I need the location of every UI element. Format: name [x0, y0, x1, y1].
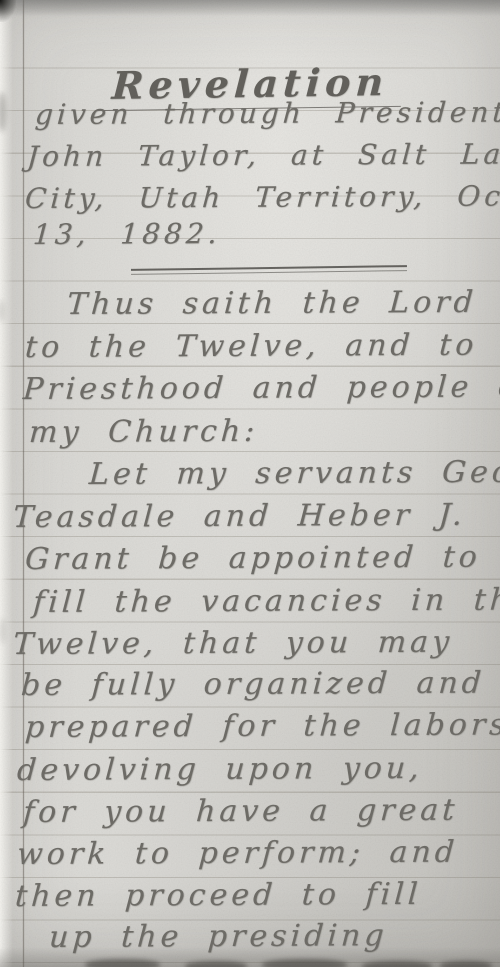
- dateline-line: 13, 1882.: [32, 217, 222, 251]
- dateline-line: given through President: [34, 96, 500, 131]
- cutoff-text-smudge: [362, 961, 432, 967]
- body-line: Twelve, that you may: [12, 625, 454, 662]
- body-line: work to perform; and: [16, 835, 459, 872]
- dateline-line: John Taylor, at Salt Lake: [26, 137, 500, 173]
- body-line: Priesthood and people of: [22, 369, 500, 407]
- scan-smudge: [0, 618, 5, 644]
- cutoff-text-smudge: [85, 959, 160, 967]
- body-line: Teasdale and Heber J.: [12, 498, 467, 535]
- scan-edge-top: [0, 0, 500, 16]
- scan-edge-left: [0, 0, 15, 967]
- body-line: Let my servants George: [88, 454, 500, 492]
- cutoff-text-smudge: [262, 959, 347, 967]
- body-line: Grant be appointed to: [24, 540, 482, 577]
- body-line: my Church:: [28, 414, 259, 450]
- body-line: fill the vacancies in the: [32, 582, 500, 620]
- manuscript-page: Revelation given through President John …: [0, 0, 500, 967]
- cutoff-text-smudge: [440, 961, 492, 967]
- body-line: then proceed to fill: [14, 877, 423, 914]
- body-line: be fully organized and: [20, 666, 486, 703]
- dateline-line: City, Utah Territory, October: [24, 179, 500, 215]
- body-line: to the Twelve, and to the: [24, 327, 500, 365]
- body-line: prepared for the labors: [24, 707, 500, 745]
- body-line: Thus saith the Lord: [66, 285, 478, 322]
- scan-corner-smudge: [0, 0, 16, 22]
- body-line: devolving upon you,: [16, 751, 424, 788]
- body-line: for you have a great: [22, 793, 459, 830]
- cutoff-text-smudge: [185, 961, 247, 967]
- section-divider: [131, 265, 407, 275]
